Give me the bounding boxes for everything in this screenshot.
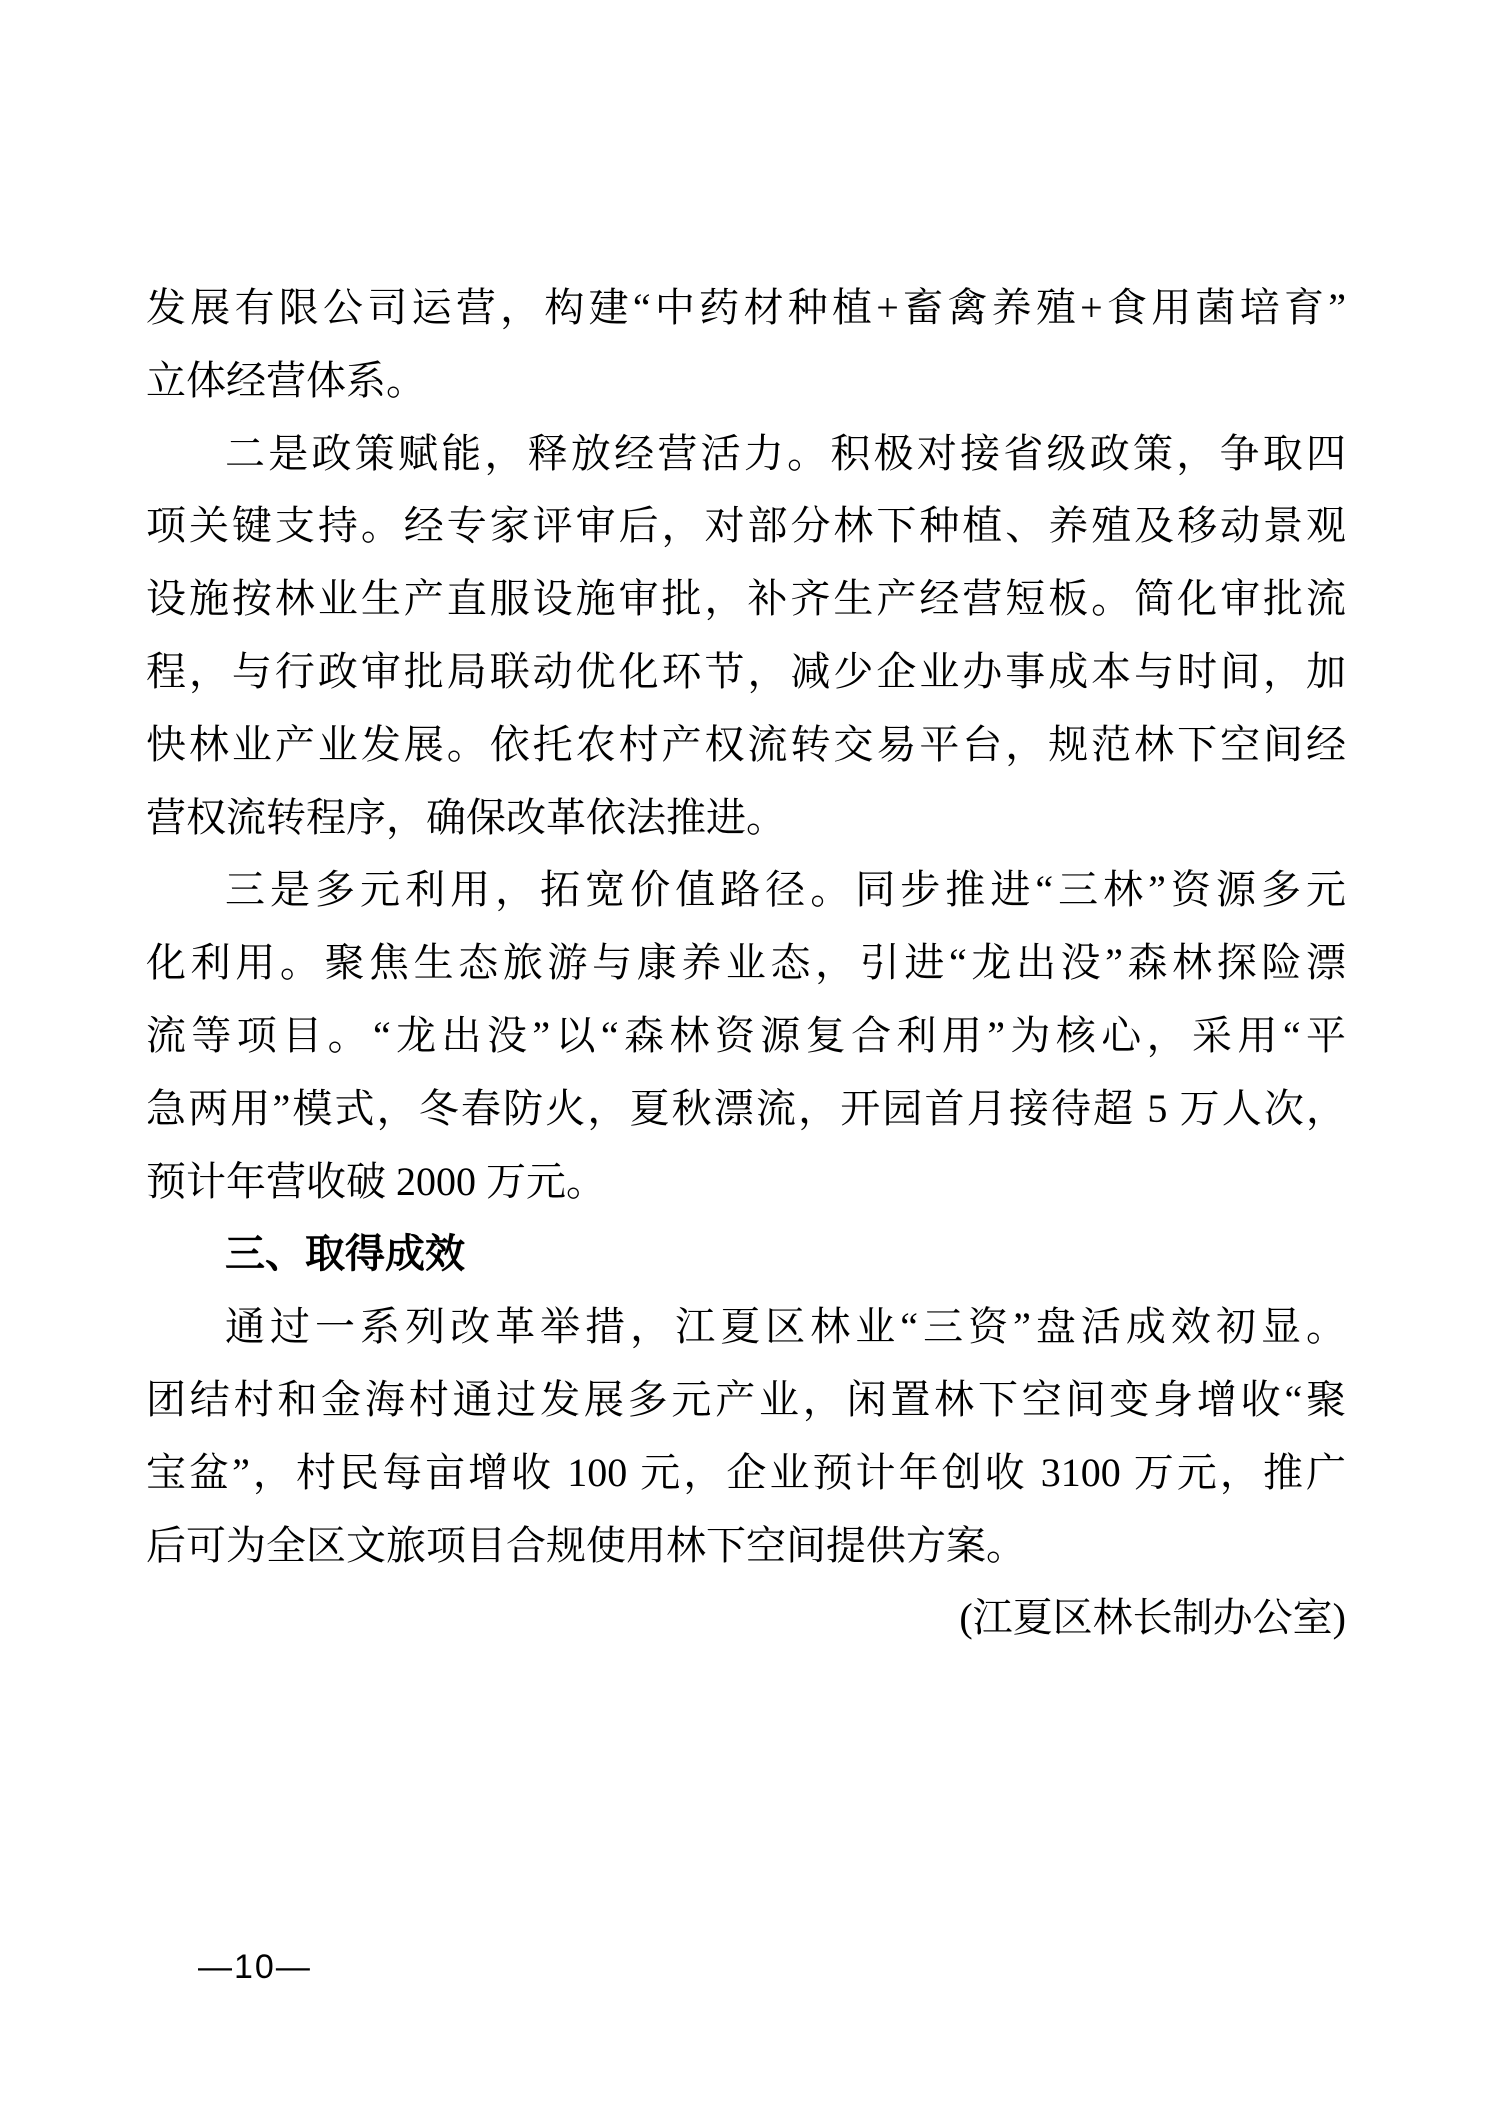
section-heading: 三、取得成效 (146, 1218, 1346, 1291)
document-body: 发展有限公司运营，构建“中药材种植+畜禽养殖+食用菌培育”立体经营体系。二是政策… (146, 272, 1346, 1655)
text-line: 项关键支持。经专家评审后，对部分林下种植、养殖及移动景观 (146, 490, 1346, 563)
text-line: 二是政策赋能，释放经营活力。积极对接省级政策，争取四 (146, 418, 1346, 491)
text-line: 设施按林业生产直服设施审批，补齐生产经营短板。简化审批流 (146, 563, 1346, 636)
text-line: 立体经营体系。 (146, 345, 1346, 418)
text-line: 三是多元利用，拓宽价值路径。同步推进“三林”资源多元 (146, 854, 1346, 927)
text-line: 宝盆”，村民每亩增收 100 元，企业预计年创收 3100 万元，推广 (146, 1437, 1346, 1510)
text-line: 通过一系列改革举措，江夏区林业“三资”盘活成效初显。 (146, 1291, 1346, 1364)
document-page: 发展有限公司运营，构建“中药材种植+畜禽养殖+食用菌培育”立体经营体系。二是政策… (0, 0, 1488, 2104)
attribution: (江夏区林长制办公室) (146, 1582, 1346, 1655)
text-line: 团结村和金海村通过发展多元产业，闲置林下空间变身增收“聚 (146, 1364, 1346, 1437)
page-number: —10— (198, 1950, 312, 1984)
text-line: 急两用”模式，冬春防火，夏秋漂流，开园首月接待超 5 万人次， (146, 1073, 1346, 1146)
text-line: 预计年营收破 2000 万元。 (146, 1146, 1346, 1219)
text-line: 化利用。聚焦生态旅游与康养业态，引进“龙出没”森林探险漂 (146, 927, 1346, 1000)
text-line: 营权流转程序，确保改革依法推进。 (146, 782, 1346, 855)
text-line: 发展有限公司运营，构建“中药材种植+畜禽养殖+食用菌培育” (146, 272, 1346, 345)
text-line: 后可为全区文旅项目合规使用林下空间提供方案。 (146, 1510, 1346, 1583)
text-line: 快林业产业发展。依托农村产权流转交易平台，规范林下空间经 (146, 709, 1346, 782)
text-line: 程，与行政审批局联动优化环节，减少企业办事成本与时间，加 (146, 636, 1346, 709)
text-line: 流等项目。“龙出没”以“森林资源复合利用”为核心，采用“平 (146, 1000, 1346, 1073)
